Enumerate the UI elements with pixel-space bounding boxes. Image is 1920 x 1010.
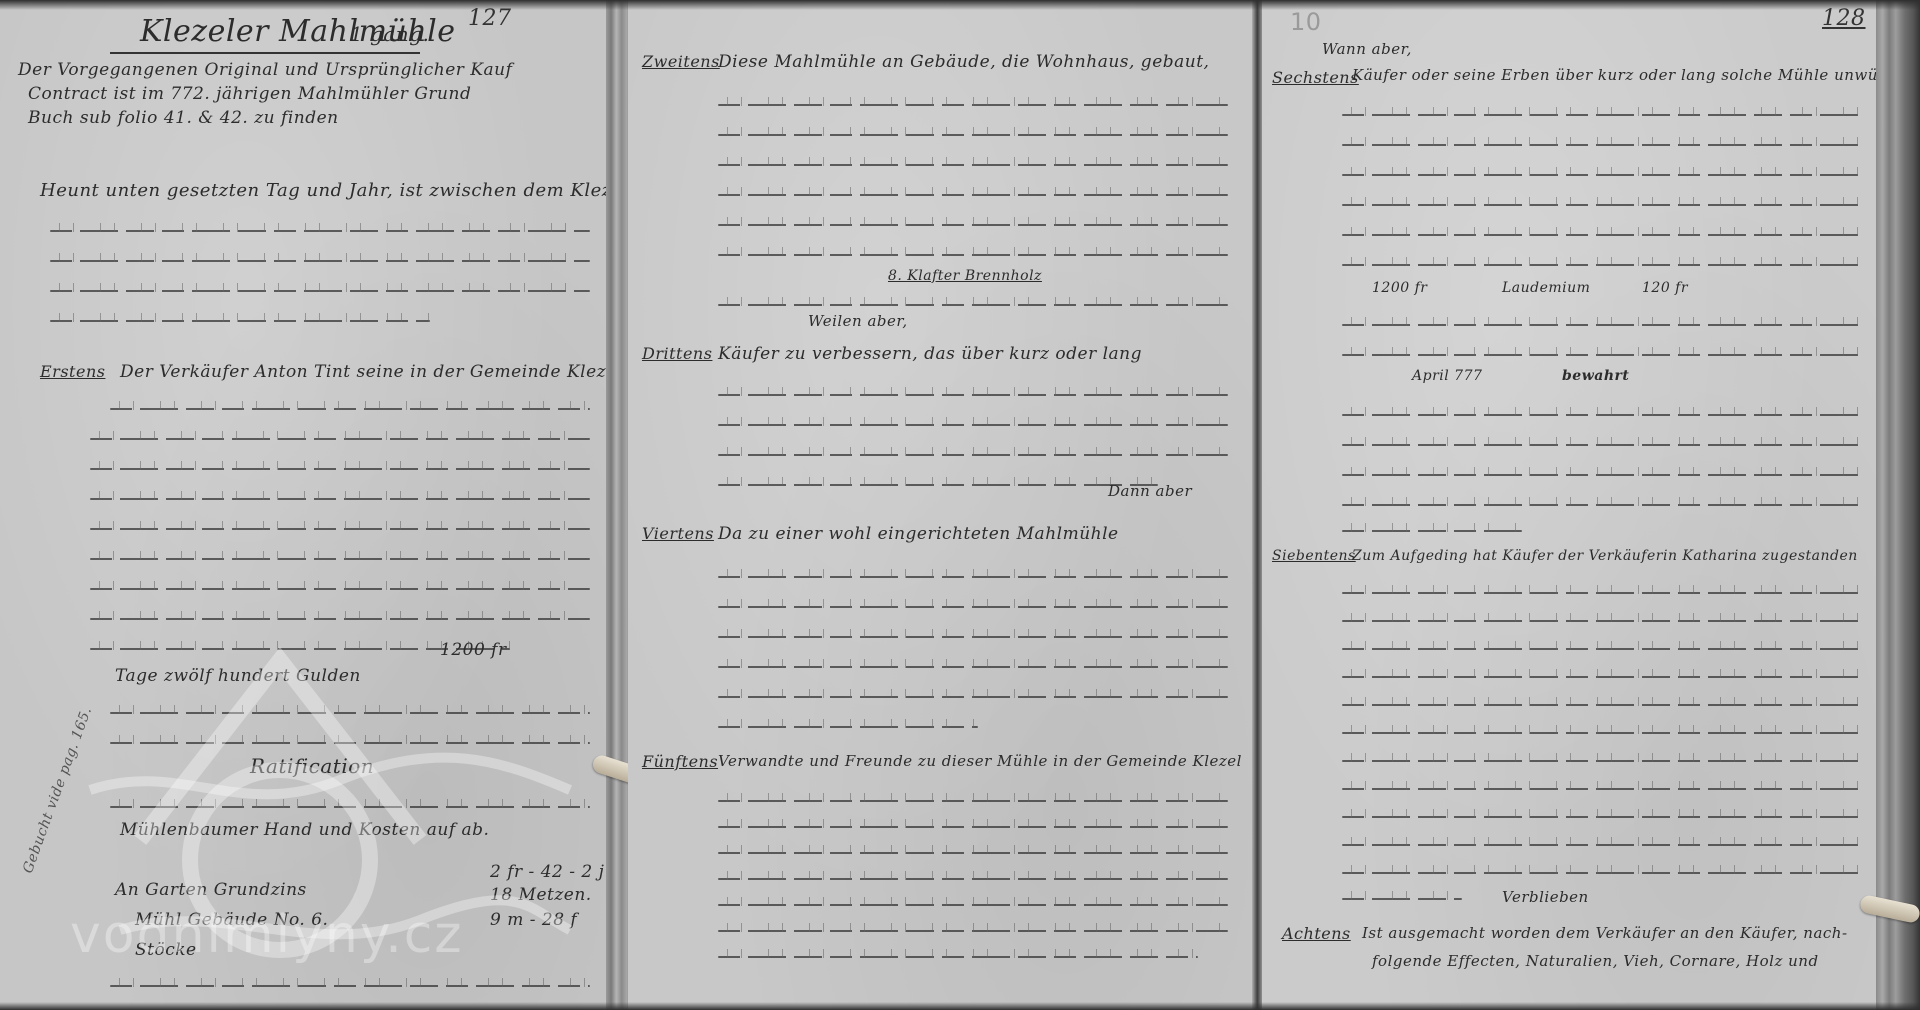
handwriting-line <box>718 826 1228 828</box>
handwriting-line <box>718 254 1228 256</box>
section-marker: Fünftens <box>642 752 718 771</box>
handwriting-line <box>1342 872 1862 874</box>
intro-line: Contract ist im 772. jährigen Mahlmühler… <box>28 84 471 104</box>
handwriting-line <box>1342 204 1862 206</box>
handwriting-line <box>90 438 590 440</box>
amount: 120 fr <box>1642 280 1688 296</box>
handwriting-line <box>1342 324 1862 326</box>
section-first-line: Verwandte und Freunde zu dieser Mühle in… <box>718 752 1242 770</box>
section-marker: Siebentens <box>1272 548 1356 564</box>
margin-note: Gebucht vide pag. 165. <box>20 705 95 876</box>
top-note: Wann aber, <box>1322 40 1412 58</box>
intro-line: Der Vorgegangenen Original und Ursprüngl… <box>18 60 512 80</box>
handwriting-line <box>718 194 1228 196</box>
handwriting-line <box>718 878 1228 880</box>
manuscript-spread: 127 Klezeler Mahlmühle 1 gang. Der Vorge… <box>0 0 1920 1010</box>
handwriting-line <box>90 558 590 560</box>
handwriting-line <box>1342 114 1862 116</box>
handwriting-line <box>1342 354 1862 356</box>
body-opening: Heunt unten gesetzten Tag und Jahr, ist … <box>40 180 612 201</box>
title-underline <box>110 52 420 54</box>
handwriting-line <box>1342 676 1862 678</box>
section-marker: Zweitens <box>642 52 720 71</box>
handwriting-line <box>1342 648 1862 650</box>
handwriting-line <box>110 408 590 410</box>
handwriting-line <box>1342 444 1862 446</box>
handwriting-line <box>1342 816 1862 818</box>
right-page: 10 128 Wann aber, Sechstens Käufer oder … <box>1262 0 1878 1010</box>
handwriting-line <box>110 742 590 744</box>
handwriting-line <box>1342 732 1862 734</box>
handwriting-line <box>718 726 978 728</box>
handwriting-line <box>1342 760 1862 762</box>
section-first-line: Der Verkäufer Anton Tint seine in der Ge… <box>120 362 612 382</box>
amount: 1200 fr <box>440 640 507 660</box>
handwriting-line <box>50 320 430 322</box>
bewahrt-term: bewahrt <box>1562 368 1629 384</box>
section-first-line: Diese Mahlmühle an Gebäude, die Wohnhaus… <box>718 52 1209 72</box>
last-line: folgende Effecten, Naturalien, Vieh, Cor… <box>1372 952 1819 970</box>
title-suffix: 1 gang. <box>350 22 429 46</box>
tally-value: 9 m - 28 f <box>490 910 577 930</box>
handwriting-line <box>718 666 1228 668</box>
scan-shadow-bottom <box>0 1002 1920 1010</box>
handwriting-line <box>718 852 1228 854</box>
inline-note: Dann aber <box>1108 482 1192 500</box>
handwriting-line <box>110 712 590 714</box>
handwriting-line <box>90 498 590 500</box>
handwriting-line <box>90 528 590 530</box>
handwriting-line <box>718 104 1228 106</box>
handwriting-line <box>718 904 1228 906</box>
section-first-line: Da zu einer wohl eingerichteten Mahlmühl… <box>718 524 1119 544</box>
handwriting-line <box>718 484 1158 486</box>
handwriting-line <box>90 588 590 590</box>
amount: 1200 fr <box>1372 280 1427 296</box>
tally-value: 18 Metzen. <box>490 885 592 905</box>
handwriting-line <box>718 394 1228 396</box>
date-fragment: April 777 <box>1412 368 1482 384</box>
handwriting-line <box>1342 620 1862 622</box>
handwriting-line <box>718 636 1228 638</box>
handwriting-line <box>1342 704 1862 706</box>
handwriting-line <box>718 304 1228 306</box>
page-stack-edge <box>1876 0 1920 1010</box>
section-first-line: Ist ausgemacht worden dem Verkäufer an d… <box>1362 924 1848 942</box>
handwriting-line <box>50 290 590 292</box>
handwriting-line <box>718 800 1228 802</box>
handwriting-line <box>1342 474 1862 476</box>
handwriting-line <box>1342 592 1862 594</box>
handwriting-line <box>718 454 1228 456</box>
amount-line: Tage zwölf hundert Gulden <box>115 666 361 686</box>
handwriting-line <box>718 956 1198 958</box>
section-first-line: Käufer zu verbessern, das über kurz oder… <box>718 344 1142 364</box>
section-first-line: Käufer oder seine Erben über kurz oder l… <box>1352 66 1878 84</box>
handwriting-line <box>50 260 590 262</box>
scan-shadow-top <box>0 0 1920 10</box>
left-page: 127 Klezeler Mahlmühle 1 gang. Der Vorge… <box>0 0 612 1010</box>
watermark-text: vodnimlyny.cz <box>70 905 464 965</box>
handwriting-line <box>1342 414 1862 416</box>
underlined-phrase: 8. Klafter Brennholz <box>888 268 1042 284</box>
handwriting-line <box>1342 844 1862 846</box>
handwriting-line <box>1342 788 1862 790</box>
handwriting-line <box>90 468 590 470</box>
handwriting-line <box>1342 174 1862 176</box>
handwriting-line <box>1342 234 1862 236</box>
handwriting-line <box>718 134 1228 136</box>
section-first-line: Zum Aufgeding hat Käufer der Verkäuferin… <box>1352 548 1858 564</box>
handwriting-line <box>1342 144 1862 146</box>
section-marker: Viertens <box>642 524 714 543</box>
inline-note: Weilen aber, <box>808 312 908 330</box>
middle-page: Zweitens Diese Mahlmühle an Gebäude, die… <box>628 0 1253 1010</box>
handwriting-line <box>718 576 1228 578</box>
handwriting-line <box>718 424 1228 426</box>
handwriting-line <box>110 985 590 987</box>
closing-word: Verblieben <box>1502 888 1589 906</box>
handwriting-line <box>718 930 1228 932</box>
handwriting-line <box>1342 504 1862 506</box>
section-marker: Achtens <box>1282 924 1351 943</box>
tally-label: Mühlenbaumer Hand und Kosten auf ab. <box>120 820 489 840</box>
tally-value: 2 fr - 42 - 2 j. <box>490 862 610 882</box>
handwriting-line <box>90 618 590 620</box>
intro-line: Buch sub folio 41. & 42. zu finden <box>28 108 339 128</box>
handwriting-line <box>718 224 1228 226</box>
ratification-term: Ratification <box>250 754 374 778</box>
handwriting-line <box>718 164 1228 166</box>
laudemium-term: Laudemium <box>1502 280 1590 296</box>
section-marker: Erstens <box>40 362 105 381</box>
handwriting-line <box>1342 264 1862 266</box>
tally-label: An Garten Grundzins <box>115 880 307 900</box>
handwriting-line <box>110 806 590 808</box>
section-marker: Sechstens <box>1272 68 1359 87</box>
pencil-page-number: 10 <box>1290 8 1322 36</box>
handwriting-line <box>718 606 1228 608</box>
handwriting-line <box>1342 530 1522 532</box>
section-marker: Drittens <box>642 344 712 363</box>
handwriting-line <box>718 696 1228 698</box>
handwriting-line <box>1342 898 1462 900</box>
handwriting-line <box>50 230 590 232</box>
